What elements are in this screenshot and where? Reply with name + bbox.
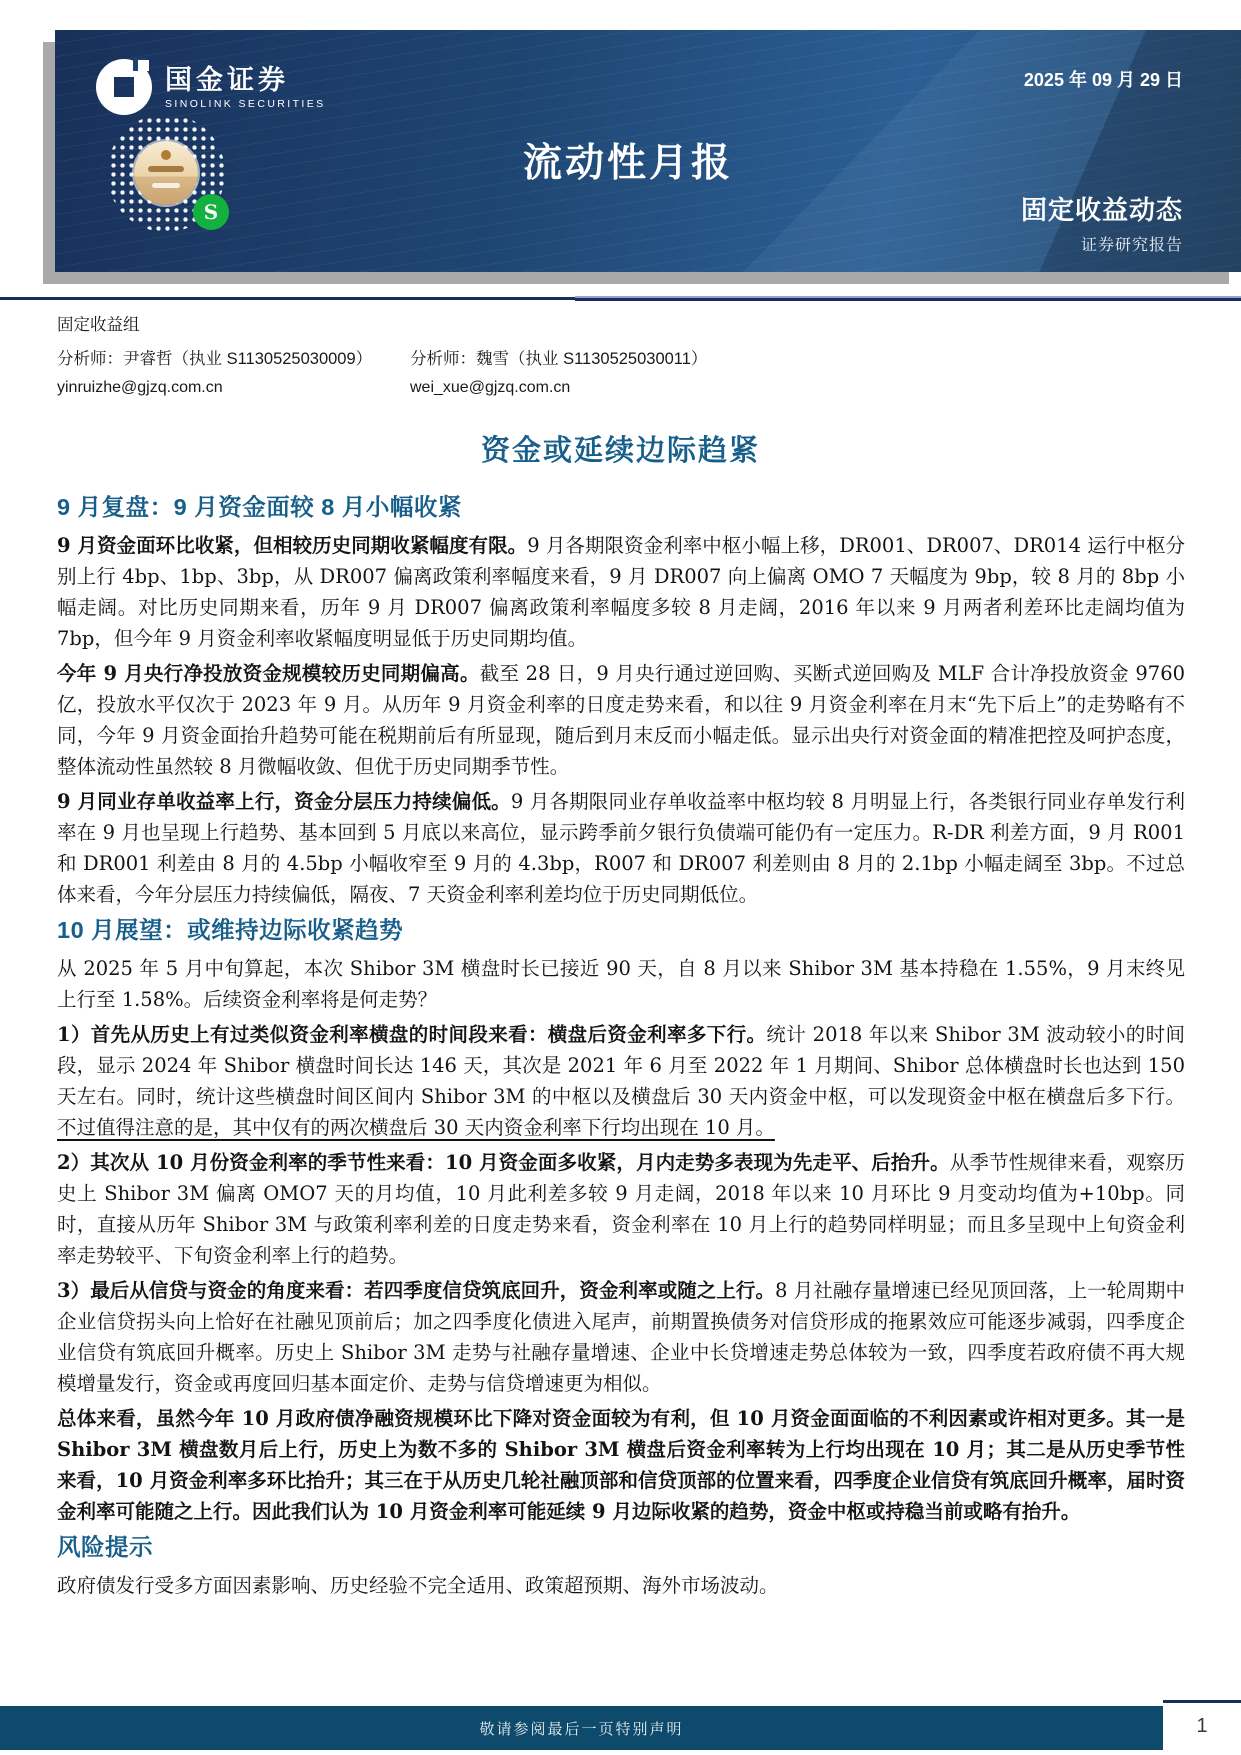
analyst: 分析师：尹睿哲（执业 S1130525030009）yinruizhe@gjzq… xyxy=(57,345,410,397)
brand-name-cn: 国金证券 xyxy=(165,65,326,95)
article-title: 资金或延续边际趋紧 xyxy=(0,428,1241,469)
brand-name-en: SINOLINK SECURITIES xyxy=(165,98,326,110)
analyst-role-line: 分析师：尹睿哲（执业 S1130525030009） xyxy=(57,345,410,369)
header-separator-left xyxy=(0,297,575,300)
analyst-block: 固定收益组 分析师：尹睿哲（执业 S1130525030009）yinruizh… xyxy=(57,311,1185,397)
wechat-channels-icon: S xyxy=(193,194,229,230)
section-heading: 10 月展望：或维持边际收紧趋势 xyxy=(57,914,1185,947)
paragraph: 今年 9 月央行净投放资金规模较历史同期偏高。截至 28 日，9 月央行通过逆回… xyxy=(57,658,1185,782)
text-segment: 1）首先从历史上有过类似资金利率横盘的时间段来看：横盘后资金利率多下行。 xyxy=(57,1023,766,1046)
text-segment: 总体来看，虽然今年 10 月政府债净融资规模环比下降对资金面较为有利，但 10 … xyxy=(57,1407,1185,1523)
report-category: 固定收益动态 xyxy=(1021,190,1183,227)
paragraph: 3）最后从信贷与资金的角度来看：若四季度信贷筑底回升，资金利率或随之上行。8 月… xyxy=(57,1275,1185,1399)
article-body: 9 月复盘：9 月资金面较 8 月小幅收紧9 月资金面环比收紧，但相较历史同期收… xyxy=(57,489,1185,1605)
section-heading: 风险提示 xyxy=(57,1531,1185,1564)
text-segment: 9 月同业存单收益率上行，资金分层压力持续偏低。 xyxy=(57,790,511,813)
text-segment: 政府债发行受多方面因素影响、历史经验不完全适用、政策超预期、海外市场波动。 xyxy=(57,1574,779,1597)
header-separator-right-dark xyxy=(575,298,1241,301)
brand-logo: 国金证券 SINOLINK SECURITIES xyxy=(95,58,326,116)
paragraph: 政府债发行受多方面因素影响、历史经验不完全适用、政策超预期、海外市场波动。 xyxy=(57,1570,1185,1601)
footer-disclaimer-bar: 敬请参阅最后一页特别声明 xyxy=(0,1706,1163,1750)
report-series-title: 流动性月报 xyxy=(55,132,1201,188)
analyst-role-line: 分析师：魏雪（执业 S1130525030011） xyxy=(410,345,763,369)
brand-text: 国金证券 SINOLINK SECURITIES xyxy=(165,65,326,110)
text-segment: 不过值得注意的是，其中仅有的两次横盘后 30 天内资金利率下行均出现在 10 月… xyxy=(57,1116,775,1139)
analyst-email: wei_xue@gjzq.com.cn xyxy=(410,379,763,397)
page-number: 1 xyxy=(1163,1703,1241,1755)
sinolink-logo-icon xyxy=(95,58,153,116)
text-segment: 9 月资金面环比收紧，但相较历史同期收紧幅度有限。 xyxy=(57,534,527,557)
footer-disclaimer-text: 敬请参阅最后一页特别声明 xyxy=(479,1718,683,1739)
text-segment: 2）其次从 10 月份资金利率的季节性来看：10 月资金面多收紧，月内走势多表现… xyxy=(57,1151,950,1174)
paragraph: 2）其次从 10 月份资金利率的季节性来看：10 月资金面多收紧，月内走势多表现… xyxy=(57,1147,1185,1271)
paragraph: 9 月资金面环比收紧，但相较历史同期收紧幅度有限。9 月各期限资金利率中枢小幅上… xyxy=(57,530,1185,654)
report-page: 国金证券 SINOLINK SECURITIES S 2025 年 09 月 2… xyxy=(0,0,1241,1755)
section-heading: 9 月复盘：9 月资金面较 8 月小幅收紧 xyxy=(57,491,1185,524)
header-banner: 国金证券 SINOLINK SECURITIES S 2025 年 09 月 2… xyxy=(55,30,1241,272)
analyst: 分析师：魏雪（执业 S1130525030011）wei_xue@gjzq.co… xyxy=(410,345,763,397)
paragraph: 9 月同业存单收益率上行，资金分层压力持续偏低。9 月各期限同业存单收益率中枢均… xyxy=(57,786,1185,910)
text-segment: 今年 9 月央行净投放资金规模较历史同期偏高。 xyxy=(57,662,480,685)
paragraph: 总体来看，虽然今年 10 月政府债净融资规模环比下降对资金面较为有利，但 10 … xyxy=(57,1403,1185,1527)
analyst-email: yinruizhe@gjzq.com.cn xyxy=(57,379,410,397)
text-segment: 从 2025 年 5 月中旬算起，本次 Shibor 3M 横盘时长已接近 90… xyxy=(57,957,1185,1011)
paragraph: 1）首先从历史上有过类似资金利率横盘的时间段来看：横盘后资金利率多下行。统计 2… xyxy=(57,1019,1185,1143)
team-name: 固定收益组 xyxy=(57,311,1185,335)
report-date: 2025 年 09 月 29 日 xyxy=(1024,66,1183,92)
paragraph: 从 2025 年 5 月中旬算起，本次 Shibor 3M 横盘时长已接近 90… xyxy=(57,953,1185,1015)
analyst-columns: 分析师：尹睿哲（执业 S1130525030009）yinruizhe@gjzq… xyxy=(57,345,1185,397)
text-segment: 3）最后从信贷与资金的角度来看：若四季度信贷筑底回升，资金利率或随之上行。 xyxy=(57,1279,775,1302)
report-subcategory: 证券研究报告 xyxy=(1081,232,1183,255)
